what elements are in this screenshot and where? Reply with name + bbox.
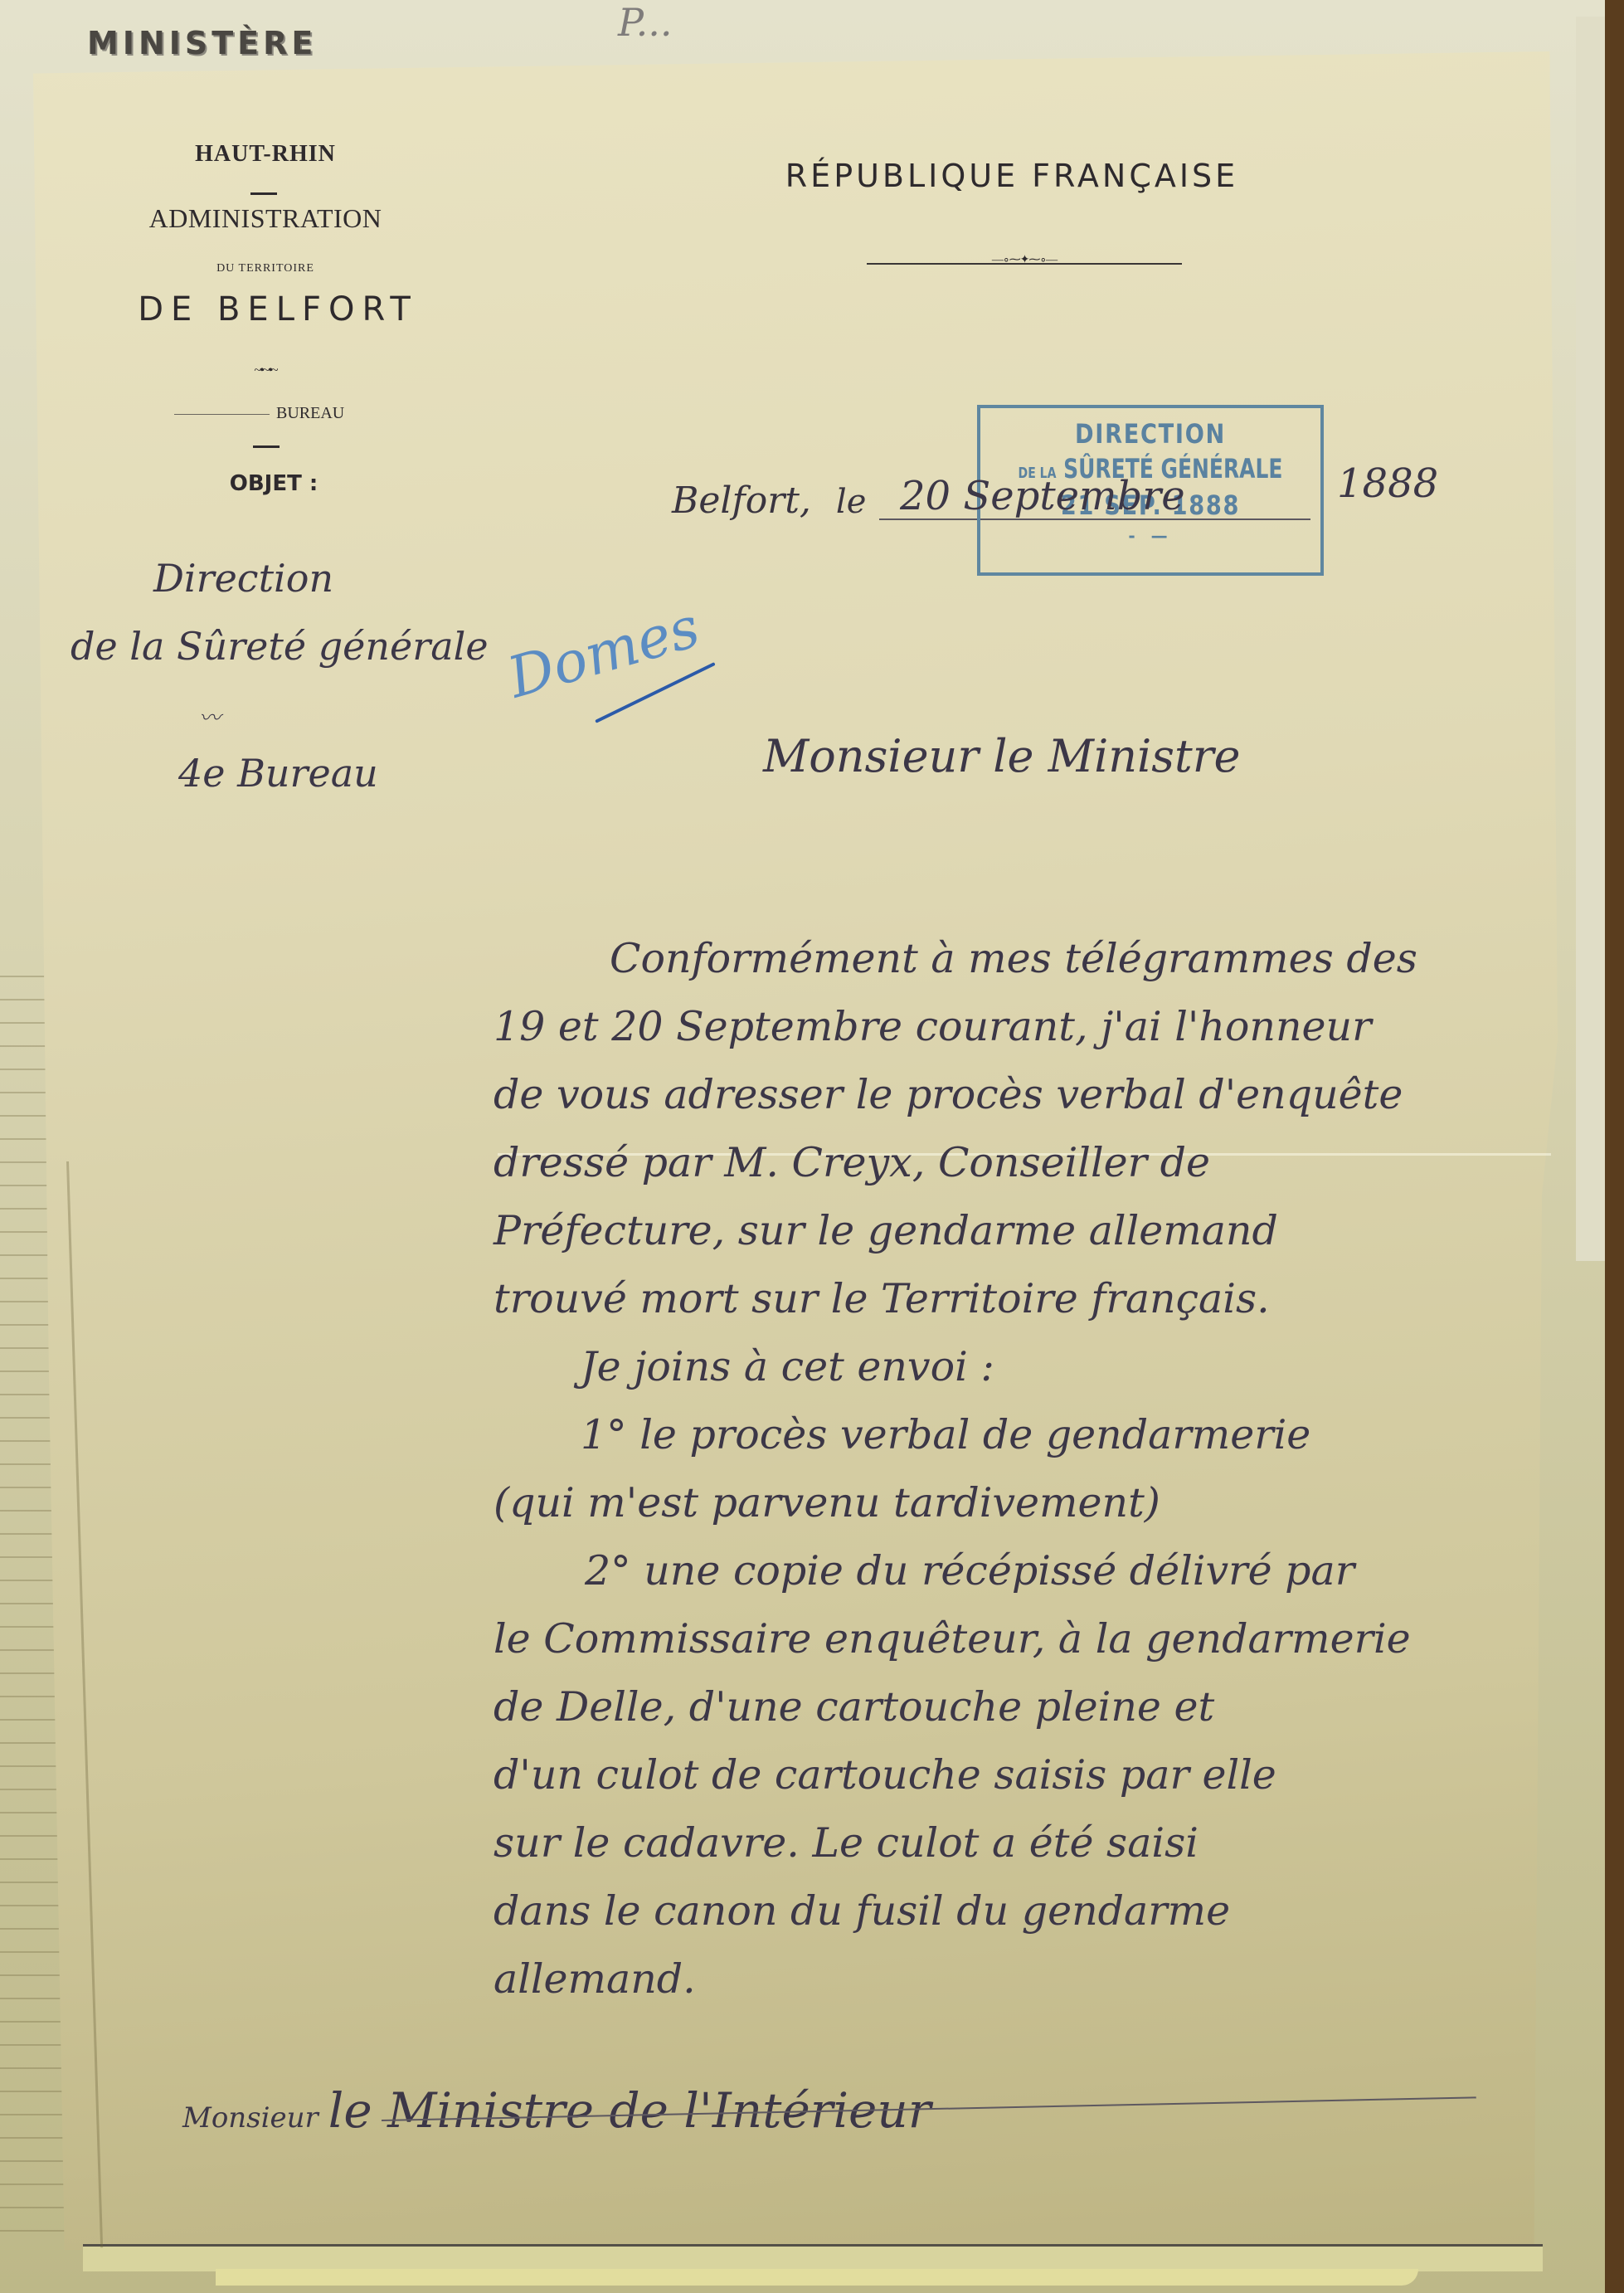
body-line: d'un culot de cartouche saisis par elle (494, 1741, 1572, 1809)
letterhead-territory: DU TERRITOIRE (182, 262, 348, 275)
body-line: sur le cadavre. Le culot a été saisi (494, 1809, 1572, 1877)
dateline-le: le (836, 483, 866, 521)
body-line: trouvé mort sur le Territoire français. (494, 1265, 1572, 1333)
letter-body: Conformément à mes télégrammes des19 et … (494, 925, 1572, 2013)
handwritten-date: 20 Septembre (900, 473, 1185, 519)
body-line: de Delle, d'une cartouche pleine et (494, 1673, 1572, 1741)
body-line: 19 et 20 Septembre courant, j'ai l'honne… (494, 993, 1572, 1061)
body-line: de vous adresser le procès verbal d'enqu… (494, 1061, 1572, 1129)
squiggle-icon: 〰 (199, 701, 221, 732)
body-line: 1° le procès verbal de gendarmerie (494, 1401, 1572, 1469)
body-line: 2° une copie du récépissé délivré par (494, 1537, 1572, 1605)
body-line: dressé par M. Creyx, Conseiller de (494, 1129, 1572, 1197)
letterhead-department: HAUT-RHIN (162, 141, 369, 168)
body-line: (qui m'est parvenu tardivement) (494, 1469, 1572, 1537)
letterhead-city: DE BELFORT (91, 290, 464, 329)
objet-direction: Direction (153, 556, 333, 601)
letterhead-divider (250, 192, 277, 195)
background-scrawl: P... (618, 0, 1082, 50)
stacked-page-edges-lower (216, 2269, 1418, 2286)
letterhead-bureau: BUREAU (174, 404, 373, 423)
rule-ornament-icon: —∘⁓✦⁓∘— (991, 253, 1058, 267)
republique-heading: RÉPUBLIQUE FRANÇAISE (680, 158, 1344, 194)
ministere-stamp: MINISTÈRE (87, 25, 317, 61)
body-line: Je joins à cet envoi : (494, 1333, 1572, 1401)
stamp-mark: - — (980, 526, 1320, 546)
handwritten-year: 1888 (1337, 460, 1438, 507)
bureau-label: BUREAU (276, 404, 344, 422)
stacked-page-edges (83, 2244, 1543, 2271)
bureau-blank-line (174, 414, 270, 415)
objet-bureau: 4e Bureau (178, 751, 378, 796)
body-line: le Commissaire enquêteur, à la gendarmer… (494, 1605, 1572, 1673)
body-line: allemand. (494, 1945, 1572, 2013)
dateline-place: Belfort, (672, 480, 811, 522)
salutation: Monsieur le Ministre (763, 730, 1240, 782)
addressee-printed: Monsieur (182, 2101, 318, 2135)
letterhead-divider-2 (253, 445, 280, 448)
body-line: dans le canon du fusil du gendarme (494, 1877, 1572, 1945)
body-line: Conformément à mes télégrammes des (494, 925, 1572, 993)
objet-label: OBJET : (191, 471, 357, 496)
stamp-line-direction: DIRECTION (1006, 418, 1296, 450)
ornament-icon: ~•~•~ (228, 363, 303, 378)
objet-surete: de la Sûreté générale (71, 624, 489, 669)
letterhead-administration: ADMINISTRATION (124, 203, 406, 234)
body-line: Préfecture, sur le gendarme allemand (494, 1197, 1572, 1265)
underlying-sheet-right-edge (1576, 17, 1605, 1261)
